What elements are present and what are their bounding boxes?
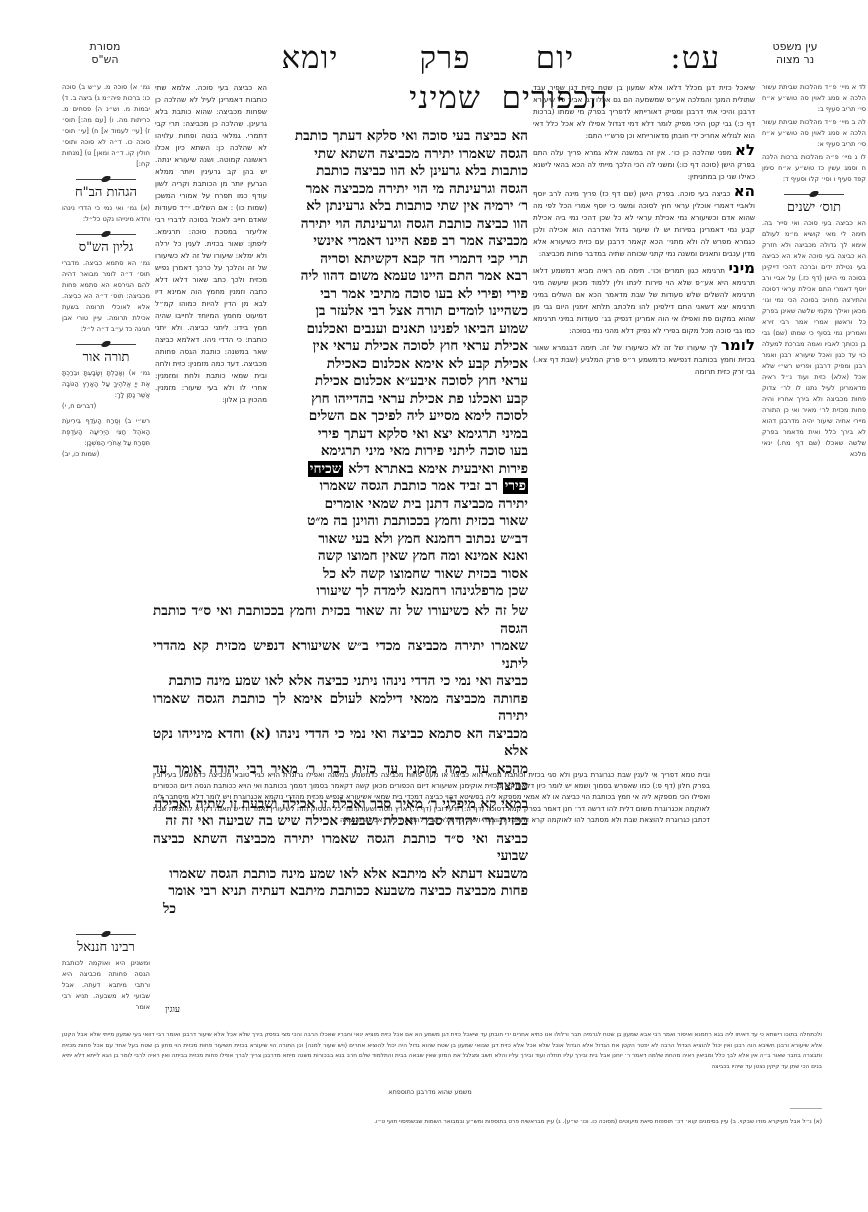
ein-mishpat-column: לד א מיי׳ פ״ד מהלכות שביתת עשור הלכה א ס… [762, 82, 866, 1013]
chapter-title: פרק שמיני [385, 38, 505, 78]
gemara-line: תרי קבי דתמרי חד קבא דקשיתא וסריה [272, 251, 528, 269]
ornament-divider-icon [784, 191, 844, 197]
gemara-line: שאמרו יתירה מכביצה מכדי ב״ש אשיעורא דנפי… [153, 638, 528, 673]
dibur-text: מפני שהלכה כן כו׳. אין זה במשנה אלא גמרא… [533, 148, 755, 181]
ein-mishpat-entry: לו ג מיי׳ פ״ה מהלכות ברכות הלכה ח וסמג ע… [762, 152, 866, 185]
gilyon-hashas-title: גליון הש"ס [62, 239, 150, 255]
ein-mishpat-header: עין משפט נר מצוה [760, 40, 830, 66]
dibur-text: כביצה בעי סוכה. בפרק הישן (שם דף כז) פרי… [533, 189, 755, 258]
dibur-lead-word: לומר [721, 336, 755, 354]
tosafot-dibur: מיני תרגימא כגון תמרים וכו׳. תימה מה ראי… [533, 262, 755, 337]
dibur-lead-word: הא [734, 182, 755, 200]
boxed-word: שכיחי [308, 461, 343, 477]
gemara-line: של זה לא כשיעורו של זה שאור בכזית וחמץ ב… [153, 603, 528, 638]
tosafot-bottom-full: ולכתחלה בתוכו רישתא כי עד דאיתו ליה בגא … [62, 1030, 822, 1082]
masoret-hashas-entries: גמ׳ א) סוכה מ. ע״ש ב) סוכה כו: ברכות פיה… [62, 82, 150, 170]
ein-mishpat-entry: לה ב מיי׳ פ״ד מהלכות שביתת עשור הלכה א ס… [762, 117, 866, 150]
tosafot-top-text: שיאכל כזית דגן מכלל דלאו אלא שמעון בן שט… [533, 82, 755, 142]
tosafot-dibur: לא מפני שהלכה כן כו׳. אין זה במשנה אלא ג… [533, 144, 755, 183]
gemara-line: קבע ואכלנו פת אכילת עראי בהדייהו חוץ [272, 391, 528, 409]
gemara-line: פירי רב זביד אמר כותבת הגסה שאמרו [272, 478, 528, 496]
gemara-text: רב זביד אמר כותבת הגסה שאמרו [320, 478, 498, 494]
ornament-divider-icon [76, 931, 136, 937]
gemara-column: הא כביצה בעי סוכה ואי סלקא דעתך כותבת הג… [272, 128, 528, 601]
tosafot-last-line: משמע שהוא מדרבנן כתוספתא [300, 1086, 560, 1099]
rabbeinu-chananel-title: רבינו חננאל [62, 939, 150, 955]
gemara-line: רבא אמר התם היינו טעמא משום דהוו ליה [272, 268, 528, 286]
rabbeinu-chananel-text: ומשנינן היא ואוקמה לכותבת הגסה פחותה מכב… [62, 958, 150, 1013]
gemara-line: הגסה וגרעינתה מי הוי יתירה מכביצה אמר [272, 181, 528, 199]
gemara-line: שמוע הביאו לפנינו תאנים וענבים ואכלנום [272, 321, 528, 339]
boxed-word: פירי [503, 478, 528, 494]
ein-mishpat-entry: לד א מיי׳ פ״ד מהלכות שביתת עשור הלכה א ס… [762, 82, 866, 115]
gemara-line: בעו סוכה ליתני פירות מאי מיני תרגימא [272, 443, 528, 461]
tosafot-yeshanim-title: תוס׳ ישנים [762, 199, 866, 215]
hagahot-habach-text: (א) גמ׳ ואי נמי כי הדדי נינהו וחדא מיניי… [62, 203, 150, 225]
tosafot-dibur: לומר לך שיעורו של זה לא כשיעורו של זה. ת… [533, 339, 755, 378]
gemara-line: הוו כביצה כותבת הגסה וגרעינתה הוי יתירה [272, 216, 528, 234]
gemara-line: מכביצה הא סתמא כביצה ואי נמי כי הדדי נינ… [153, 726, 528, 761]
torah-or-title: תורה אור [62, 349, 150, 365]
hashas-label: הש"ס [70, 53, 140, 66]
gemara-line: אכילת עראי חוץ לסוכה אכילת עראי אין [272, 338, 528, 356]
footnote-divider [790, 1108, 822, 1109]
gemara-line: כשהיינו לומדים תורה אצל רבי אלעזר בן [272, 303, 528, 321]
gemara-line: מכביצה אמר רב פפא היינו דאמרי אינשי [272, 233, 528, 251]
gemara-line: עראי חוץ לסוכה איבע״א אכלנום אכילת [272, 373, 528, 391]
ornament-divider-icon [76, 176, 136, 182]
gemara-line: שכן מרפלגינהו רחמנא לימדה לך שיעורו [272, 583, 528, 601]
gemara-line: לסוכה לימא מסייע ליה לפיכך אם השלים [272, 408, 528, 426]
footnotes: (א) נ״ל אבל מעיקרא מודו שבקוי. ב) עיין ב… [200, 1116, 822, 1129]
dibur-lead-word: לא [735, 141, 755, 159]
torah-or-reference: (שמות כו, יב) [62, 449, 150, 460]
gemara-line: יתירה מכביצה דתנן בית שמאי אומרים [272, 496, 528, 514]
gemara-line: במיני תרגימא יצא ואי סלקא דעתך פירי [272, 426, 528, 444]
gemara-line: הא כביצה בעי סוכה ואי סלקא דעתך כותבת [272, 128, 528, 146]
tractate-name: יומא [265, 38, 355, 78]
tosafot-dibur: הא כביצה בעי סוכה. בפרק הישן (שם דף כז) … [533, 185, 755, 260]
gemara-line: שאור בכזית וחמץ בככותבת והוינן בה מ״ט [272, 513, 528, 531]
ner-mitzvah-label: נר מצוה [760, 53, 830, 66]
gemara-line: אסור בכזית שאור שחמוצו קשה לא כל [272, 566, 528, 584]
tosafot-bottom-block: ובית טמא דפריך אי לענין שבת כגרוגרת בעינ… [153, 770, 710, 1002]
gemara-line: כותבות בלא גרעינן לא הוו כביצה כותבת [272, 163, 528, 181]
gemara-line: הגסה שאמרו יתירה מכביצה השתא שתי [272, 146, 528, 164]
gemara-text: פירות ואיבעית אימא באתרא דלא [348, 461, 528, 477]
gemara-line: אכילת קבע לא אימא אכלנום כאכילת [272, 356, 528, 374]
gemara-line: פחותה מכביצה ממאי דילמא לעולם אימא לך כו… [153, 691, 528, 726]
gemara-line: ר׳ ירמיה אין שתי כותבות בלא גרעינתן לא [272, 198, 528, 216]
gemara-line: ואנא אמינא ומה חמץ שאין חמוצו קשה [272, 548, 528, 566]
ornament-divider-icon [76, 231, 136, 237]
gemara-line: פירי ופירי לא בעו סוכה מתיבי אמר רבי [272, 286, 528, 304]
rashi-column: הא כביצה בעי סוכה. אלמא שתי כותבות דאמרי… [155, 82, 267, 552]
gemara-line: דב״ש נכתוב רחמנא חמץ ולא בעי שאור [272, 531, 528, 549]
ornament-divider-icon [76, 341, 136, 347]
torah-or-entry: גמ׳ א) וְאָכַלְתָּ וְשָׂבָעְתָּ וּבֵרַכְ… [62, 368, 150, 401]
gemara-line: כביצה ואי נמי כי הדדי נינהו ניתני כביצה … [153, 673, 528, 691]
left-margin-column: גמ׳ א) סוכה מ. ע״ש ב) סוכה כו: ברכות פיה… [62, 82, 150, 460]
gemara-line: פירות ואיבעית אימא באתרא דלא שכיחי [272, 461, 528, 479]
ein-mishpat-label: עין משפט [760, 40, 830, 53]
masoret-hashas-header: מסורת הש"ס [70, 40, 140, 66]
masoret-label: מסורת [70, 40, 140, 53]
tosafot-column: שיאכל כזית דגן מכלל דלאו אלא שמעון בן שט… [533, 82, 755, 378]
rabbeinu-chananel-catchword: עוגין [165, 1004, 180, 1015]
hagahot-habach-title: הגהות הב"ח [62, 184, 150, 200]
rabbeinu-chananel-column: רבינו חננאל ומשנינן היא ואוקמה לכותבת הג… [62, 925, 150, 1013]
folio-number: עט: [640, 38, 720, 78]
torah-or-reference: (דברים ח, י) [62, 401, 150, 412]
torah-or-entry: רש״י ב) וְסֶרַח הָעֹדֵף בִּירִיעֹת הָאֹה… [62, 416, 150, 449]
dibur-lead-word: מיני [729, 259, 755, 277]
tosafot-yeshanim-text: הא כביצה בעי סוכה ואי סייר בה. תימה לי מ… [762, 218, 866, 1013]
dibur-text: תרגימא כגון תמרים וכו׳. תימה מה ראיה מבי… [533, 266, 755, 335]
gilyon-hashas-text: גמ׳ הא סתמא כביצה. מדברי תוס׳ ד״ה לומר מ… [62, 258, 150, 335]
